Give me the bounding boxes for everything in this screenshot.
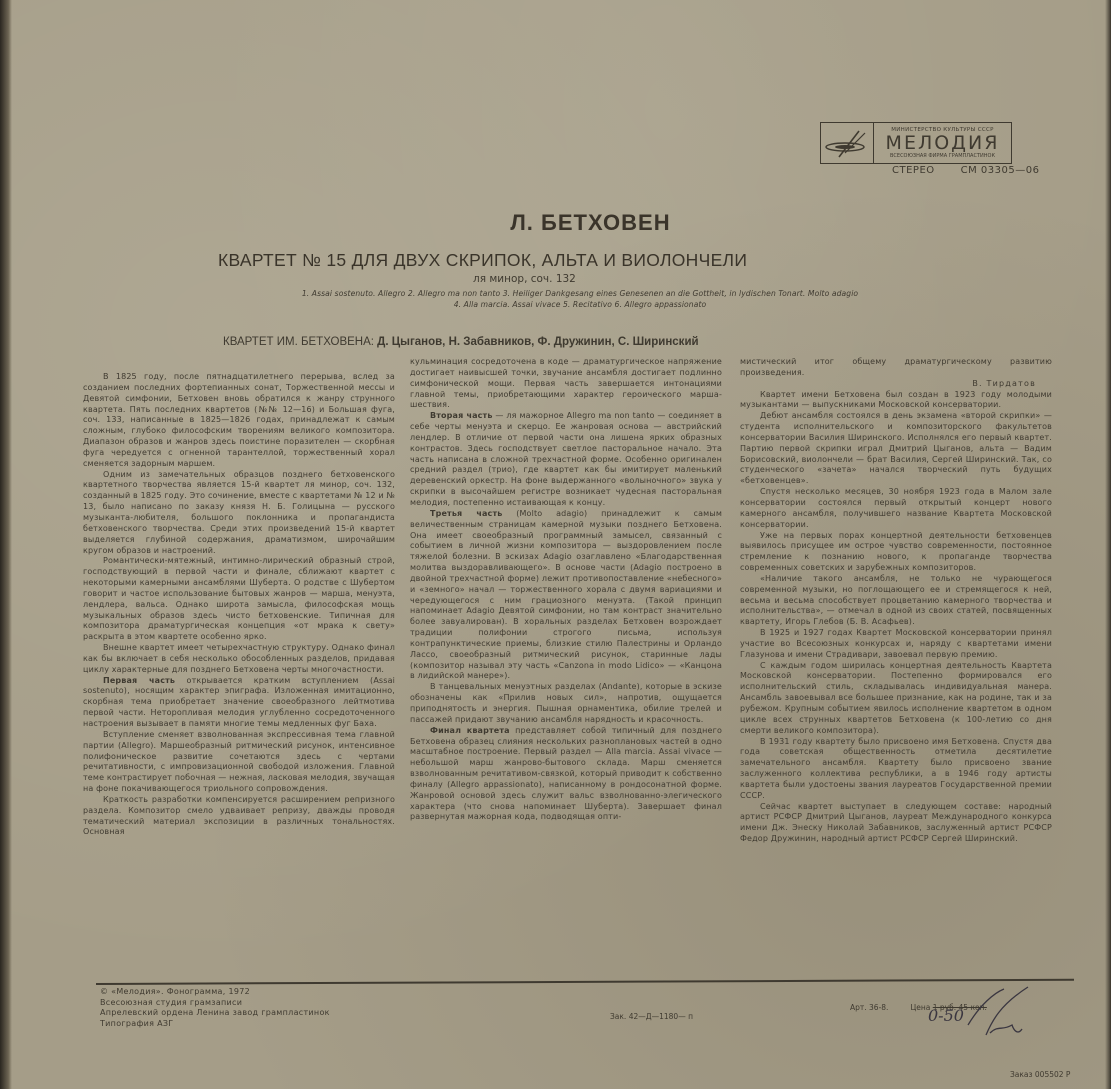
paragraph-text: Внешне квартет имеет четырехчастную стру… [83, 643, 395, 674]
sleeve-left-edge [0, 0, 12, 1089]
performers-label: КВАРТЕТ ИМ. БЕТХОВЕНА: [223, 336, 374, 348]
movements-list: 1. Assai sostenuto. Allegro 2. Allegro m… [200, 288, 960, 310]
logo-firm-text: ВСЕСОЮЗНАЯ ФИРМА ГРАМПЛАСТИНОК [890, 153, 995, 160]
melodiya-emblem-icon [821, 123, 874, 163]
performers-names: Д. Цыганов, Н. Забавников, Ф. Дружинин, … [377, 336, 698, 348]
paragraph-text: В 1925 и 1927 годах Квартет Московской к… [740, 628, 1052, 659]
paragraph-text: Уже на первых порах концертной деятельно… [740, 531, 1052, 573]
article-number: Арт. 36-8. [850, 1003, 888, 1012]
notes-paragraph: Первая часть открывается кратким вступле… [83, 676, 395, 730]
notes-paragraph: кульминация сосредоточена в коде — драма… [410, 357, 722, 411]
paragraph-text: Одним из замечательных образцов позднего… [83, 470, 395, 555]
notes-paragraph: В танцевальных менуэтных разделах (Andan… [410, 682, 722, 725]
notes-paragraph: Вступление сменяет взволнованная экспрес… [83, 730, 395, 795]
notes-paragraph: Третья часть (Molto adagio) принадлежит … [410, 509, 722, 683]
notes-paragraph: Спустя несколько месяцев, 30 ноября 1923… [740, 487, 1052, 530]
catalog-number: СМ 03305—06 [961, 165, 1040, 176]
paragraph-text: В 1931 году квартету было присвоено имя … [740, 737, 1052, 800]
paragraph-text: Краткость разработки компенсируется расш… [83, 795, 395, 837]
paragraph-text: Квартет имени Бетховена был создан в 192… [740, 390, 1052, 410]
paragraph-text: В танцевальных менуэтных разделах (Andan… [410, 682, 722, 724]
notes-paragraph: «Наличие такого ансамбля, не только не ч… [740, 574, 1052, 628]
key-opus: ля минор, соч. 132 [473, 273, 576, 285]
format-label: СТЕРЕО [892, 165, 935, 176]
composer-name: Л. БЕТХОВЕН [0, 210, 1111, 236]
credit-line: Апрелевский ордена Ленина завод грамплас… [100, 1008, 330, 1019]
work-title: КВАРТЕТ № 15 ДЛЯ ДВУХ СКРИПОК, АЛЬТА И В… [218, 250, 747, 271]
section-heading: Финал квартета [430, 726, 510, 735]
section-heading: Вторая часть [430, 411, 493, 420]
notes-column-2: кульминация сосредоточена в коде — драма… [410, 357, 722, 823]
notes-paragraph: Внешне квартет имеет четырехчастную стру… [83, 643, 395, 676]
notes-paragraph: В 1925 и 1927 годах Квартет Московской к… [740, 628, 1052, 661]
credit-line: Типография АЗГ [100, 1019, 330, 1030]
paragraph-text: В 1825 году, после пятнадцатилетнего пер… [83, 372, 395, 468]
performers-line: КВАРТЕТ ИМ. БЕТХОВЕНА: Д. Цыганов, Н. За… [223, 336, 699, 348]
notes-paragraph: В 1825 году, после пятнадцатилетнего пер… [83, 372, 395, 470]
paragraph-text: Сейчас квартет выступает в следующем сос… [740, 802, 1052, 844]
footer-divider [96, 979, 1074, 985]
credit-line: © «Мелодия». Фонограмма, 1972 [100, 987, 330, 998]
movements-line-1: 1. Assai sostenuto. Allegro 2. Allegro m… [200, 288, 960, 299]
paragraph-text: Дебют ансамбля состоялся в день экзамена… [740, 411, 1052, 485]
notes-paragraph: Дебют ансамбля состоялся в день экзамена… [740, 411, 1052, 487]
notes-column-1: В 1825 году, после пятнадцатилетнего пер… [83, 372, 395, 838]
notes-paragraph: С каждым годом ширилась концертная деяте… [740, 661, 1052, 737]
paragraph-text: представляет собой типичный для позднего… [410, 726, 722, 822]
paragraph-text: Романтически-мятежный, интимно-лирически… [83, 556, 395, 641]
paragraph-text: Вступление сменяет взволнованная экспрес… [83, 730, 395, 793]
author-signature: В. Тирдатов [740, 379, 1052, 390]
notes-paragraph: Финал квартета представляет собой типичн… [410, 726, 722, 824]
notes-paragraph: Вторая часть — ля мажорное Allegro ma no… [410, 411, 722, 509]
paragraph-text: Спустя несколько месяцев, 30 ноября 1923… [740, 487, 1052, 529]
movements-line-2: 4. Alla marcia. Assai vivace 5. Recitati… [200, 299, 960, 310]
print-order-code: Зак. 42—Д—1180— п [610, 1012, 693, 1021]
notes-paragraph: Краткость разработки компенсируется расш… [83, 795, 395, 838]
paragraph-text: — ля мажорное Allegro ma non tanto — сое… [410, 411, 722, 507]
sleeve-right-edge [1105, 0, 1111, 1089]
notes-paragraph: В 1931 году квартету было присвоено имя … [740, 737, 1052, 802]
melodiya-logo: МИНИСТЕРСТВО КУЛЬТУРЫ СССР МЕЛОДИЯ ВСЕСО… [820, 122, 1012, 164]
notes-paragraph: Уже на первых порах концертной деятельно… [740, 531, 1052, 574]
order-number: Заказ 005502 Р [1010, 1070, 1070, 1079]
credit-line: Всесоюзная студия грамзаписи [100, 998, 330, 1009]
notes-paragraph: Одним из замечательных образцов позднего… [83, 470, 395, 557]
notes-paragraph: Квартет имени Бетховена был создан в 192… [740, 390, 1052, 412]
credits-block: © «Мелодия». Фонограмма, 1972 Всесоюзная… [100, 987, 330, 1029]
notes-paragraph: Сейчас квартет выступает в следующем сос… [740, 802, 1052, 845]
notes-paragraph: Романтически-мятежный, интимно-лирически… [83, 556, 395, 643]
catalog-info: СТЕРЕО СМ 03305—06 [892, 165, 1039, 176]
handwritten-price-signature: 0-50 [928, 985, 1048, 1049]
paragraph-text: «Наличие такого ансамбля, не только не ч… [740, 574, 1052, 626]
paragraph-text: мистический итог общему драматургическом… [740, 357, 1052, 377]
handwritten-price: 0-50 [928, 1006, 964, 1025]
paragraph-text: С каждым годом ширилась концертная деяте… [740, 661, 1052, 735]
section-heading: Первая часть [103, 676, 175, 685]
logo-brand-text: МЕЛОДИЯ [886, 134, 1000, 153]
section-heading: Третья часть [430, 509, 502, 518]
paragraph-text: (Molto adagio) принадлежит к самым велич… [410, 509, 722, 681]
notes-paragraph: мистический итог общему драматургическом… [740, 357, 1052, 379]
notes-column-3: мистический итог общему драматургическом… [740, 357, 1052, 845]
paragraph-text: кульминация сосредоточена в коде — драма… [410, 357, 722, 409]
